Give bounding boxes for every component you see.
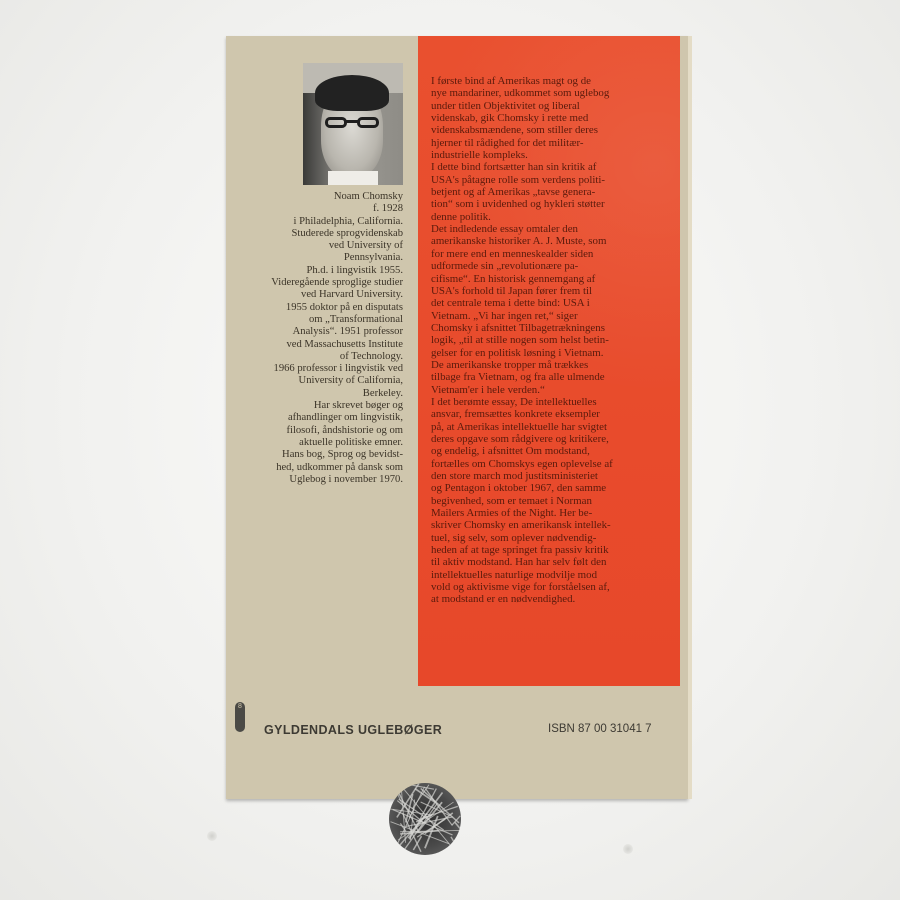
scratched-disc bbox=[389, 783, 461, 855]
blurb-line: I første bind af Amerikas magt og de bbox=[431, 75, 677, 87]
blurb-line: industrielle kompleks. bbox=[431, 149, 677, 161]
blurb-line: det centrale tema i dette bind: USA i bbox=[431, 297, 677, 309]
blurb-line: under titlen Objektivitet og liberal bbox=[431, 100, 677, 112]
bio-line: ved Harvard University. bbox=[232, 289, 403, 301]
blurb-line: at modstand er en nødvendighed. bbox=[431, 593, 677, 605]
blurb-line: hjerner til rådighed for det militær- bbox=[431, 137, 677, 149]
publisher-name: GYLDENDALS UGLEBØGER bbox=[264, 723, 442, 737]
blurb-line: tion“ som i uvidenhed og hykleri støtter bbox=[431, 198, 677, 210]
bio-line: ved University of bbox=[232, 240, 403, 252]
blurb-line: I dette bind fortsætter han sin kritik a… bbox=[431, 161, 677, 173]
blurb-line: USA's påtagne rolle som verdens politi- bbox=[431, 174, 677, 186]
bio-line: om „Transformational bbox=[232, 314, 403, 326]
blurb-line: logik, „til at stille nogen som helst be… bbox=[431, 334, 677, 346]
bio-line: 1955 doktor på en disputats bbox=[232, 302, 403, 314]
blurb-line: I det berømte essay, De intellektuelles bbox=[431, 396, 677, 408]
blurb-line: den store march mod justitsministeriet bbox=[431, 470, 677, 482]
blurb-line: på, at Amerikas intellektuelle har svigt… bbox=[431, 421, 677, 433]
bio-line: Berkeley. bbox=[232, 388, 403, 400]
blurb-line: og Pentagon i oktober 1967, den samme bbox=[431, 482, 677, 494]
blurb-line: vold og aktivisme vige for forståelsen a… bbox=[431, 581, 677, 593]
bio-line: Pennsylvania. bbox=[232, 252, 403, 264]
blurb-line: for mere end en menneskealder siden bbox=[431, 248, 677, 260]
bio-line: Hans bog, Sprog og bevidst- bbox=[232, 449, 403, 461]
blurb-line: Mailers Armies of the Night. Her be- bbox=[431, 507, 677, 519]
blurb-line: tilbage fra Vietnam, og fra alle ulmende bbox=[431, 371, 677, 383]
blurb-line: denne politik. bbox=[431, 211, 677, 223]
bio-line: Analysis“. 1951 professor bbox=[232, 326, 403, 338]
dust-spot bbox=[207, 831, 217, 841]
bio-line: f. 1928 bbox=[232, 203, 403, 215]
blurb-line: ansvar, fremsættes konkrete eksempler bbox=[431, 408, 677, 420]
bio-line: i Philadelphia, California. bbox=[232, 216, 403, 228]
blurb-line: Vietnam'er i hele verden.“ bbox=[431, 384, 677, 396]
bio-line: ved Massachusetts Institute bbox=[232, 339, 403, 351]
bio-line: Har skrevet bøger og bbox=[232, 400, 403, 412]
bio-line: aktuelle politiske emner. bbox=[232, 437, 403, 449]
author-bio: Noam Chomskyf. 1928i Philadelphia, Calif… bbox=[232, 191, 403, 486]
blurb-line: Vietnam. „Vi har ingen ret,“ siger bbox=[431, 310, 677, 322]
bio-line: Ph.d. i lingvistik 1955. bbox=[232, 265, 403, 277]
blurb-line: deres opgave som rådgivere og kritikere, bbox=[431, 433, 677, 445]
blurb-line: intellektuelles naturlige modvilje mod bbox=[431, 569, 677, 581]
blurb-line: USA's forhold til Japan fører frem til bbox=[431, 285, 677, 297]
bio-line: Videregående sproglige studier bbox=[232, 277, 403, 289]
bio-line: hed, udkommer på dansk som bbox=[232, 462, 403, 474]
bio-line: 1966 professor i lingvistik ved bbox=[232, 363, 403, 375]
blurb-line: Chomsky i afsnittet Tilbagetrækningens bbox=[431, 322, 677, 334]
blurb-line: begivenhed, som er temaet i Norman bbox=[431, 495, 677, 507]
blurb-line: amerikanske historiker A. J. Muste, som bbox=[431, 235, 677, 247]
bio-line: Studerede sprogvidenskab bbox=[232, 228, 403, 240]
blurb-line: til aktiv modstand. Han har selv følt de… bbox=[431, 556, 677, 568]
blurb-line: udformede sin „revolutionære pa- bbox=[431, 260, 677, 272]
bio-line: of Technology. bbox=[232, 351, 403, 363]
blurb-text: I første bind af Amerikas magt og denye … bbox=[431, 75, 677, 606]
blurb-line: videnskab, gik Chomsky i rette med bbox=[431, 112, 677, 124]
blurb-line: tuel, sig selv, som oplever nødvendig- bbox=[431, 532, 677, 544]
isbn-number: ISBN 87 00 31041 7 bbox=[548, 723, 652, 735]
blurb-line: og endelig, i afsnittet Om modstand, bbox=[431, 445, 677, 457]
scratch-lines-icon bbox=[389, 783, 461, 855]
bio-line: University of California, bbox=[232, 375, 403, 387]
blurb-line: gelser for en politisk løsning i Vietnam… bbox=[431, 347, 677, 359]
bio-line: filosofi, åndshistorie og om bbox=[232, 425, 403, 437]
owl-logo-icon: 8 bbox=[235, 702, 245, 732]
dust-spot bbox=[623, 844, 633, 854]
blurb-line: betjent og af Amerikas „tavse genera- bbox=[431, 186, 677, 198]
blurb-panel: I første bind af Amerikas magt og denye … bbox=[418, 36, 680, 686]
blurb-line: fortælles om Chomskys egen oplevelse af bbox=[431, 458, 677, 470]
author-column: Noam Chomskyf. 1928i Philadelphia, Calif… bbox=[226, 36, 418, 686]
blurb-line: skriver Chomsky en amerikansk intellek- bbox=[431, 519, 677, 531]
blurb-line: cifisme“. En historisk gennemgang af bbox=[431, 273, 677, 285]
book-back-cover: Noam Chomskyf. 1928i Philadelphia, Calif… bbox=[226, 36, 688, 799]
blurb-line: De amerikanske tropper må trækkes bbox=[431, 359, 677, 371]
glasses-icon bbox=[325, 117, 381, 129]
bio-line: Noam Chomsky bbox=[232, 191, 403, 203]
bio-line: afhandlinger om lingvistik, bbox=[232, 412, 403, 424]
blurb-line: videnskabsmændene, som stiller deres bbox=[431, 124, 677, 136]
bio-line: Uglebog i november 1970. bbox=[232, 474, 403, 486]
blurb-line: heden af at tage springet fra passiv kri… bbox=[431, 544, 677, 556]
blurb-line: nye mandariner, udkommet som uglebog bbox=[431, 87, 677, 99]
blurb-line: Det indledende essay omtaler den bbox=[431, 223, 677, 235]
author-photo bbox=[303, 63, 403, 185]
